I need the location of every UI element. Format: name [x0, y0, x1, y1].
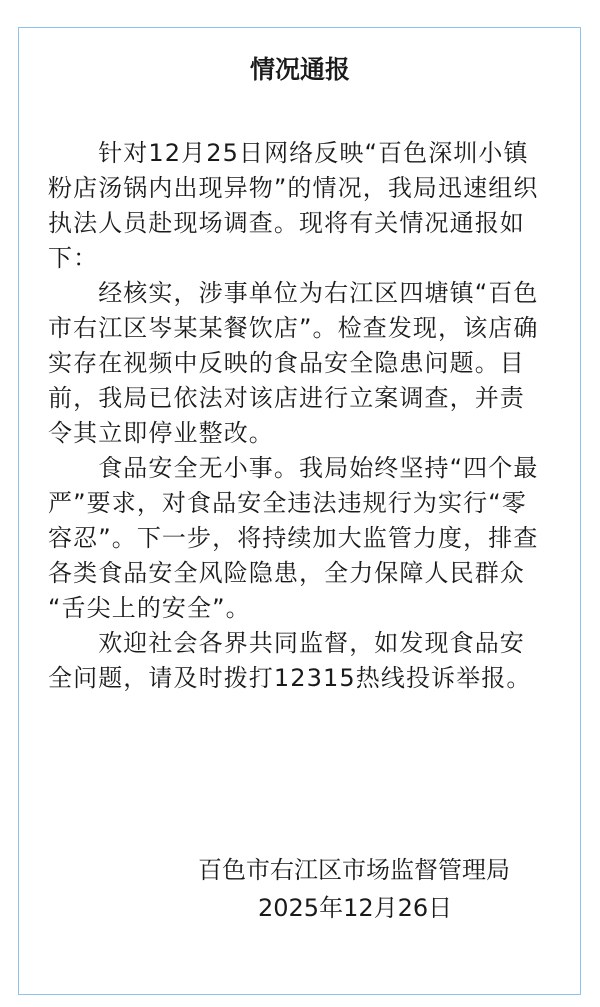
- body-line: 前，我局已依法对该店进行立案调查，并责: [48, 383, 525, 413]
- body-line: 针对12月25日网络反映“百色深圳小镇: [48, 138, 529, 168]
- body-line: “舌尖上的安全”。: [48, 593, 251, 623]
- body-line: 全问题，请及时拨打12315热线投诉举报。: [48, 663, 531, 693]
- body-line: 执法人员赴现场调查。现将有关情况通报如: [48, 208, 525, 238]
- body-line: 实存在视频中反映的食品安全隐患问题。目: [48, 348, 525, 378]
- body-line: 食品安全无小事。我局始终坚持“四个最: [48, 453, 538, 483]
- date: 2025年12月26日: [258, 893, 600, 923]
- body-line: 经核实，涉事单位为右江区四塘镇“百色: [48, 278, 538, 308]
- body-line: 欢迎社会各界共同监督，如发现食品安: [48, 628, 525, 658]
- body-line: 各类食品安全风险隐患，全力保障人民群众: [48, 558, 525, 588]
- document-title: 情况通报: [0, 55, 600, 85]
- body-line: 容忍”。下一步，将持续加大监管力度，排查: [48, 523, 538, 553]
- body-line: 市右江区岑某某餐饮店”。检查发现，该店确: [48, 313, 538, 343]
- body-line: 下：: [48, 243, 98, 273]
- body-line: 粉店汤锅内出现异物”的情况，我局迅速组织: [48, 173, 538, 203]
- body-line: 严”要求，对食品安全违法违规行为实行“零: [48, 488, 527, 518]
- signature: 百色市右江区市场监督管理局: [198, 855, 600, 885]
- body-line: 令其立即停业整改。: [48, 418, 274, 448]
